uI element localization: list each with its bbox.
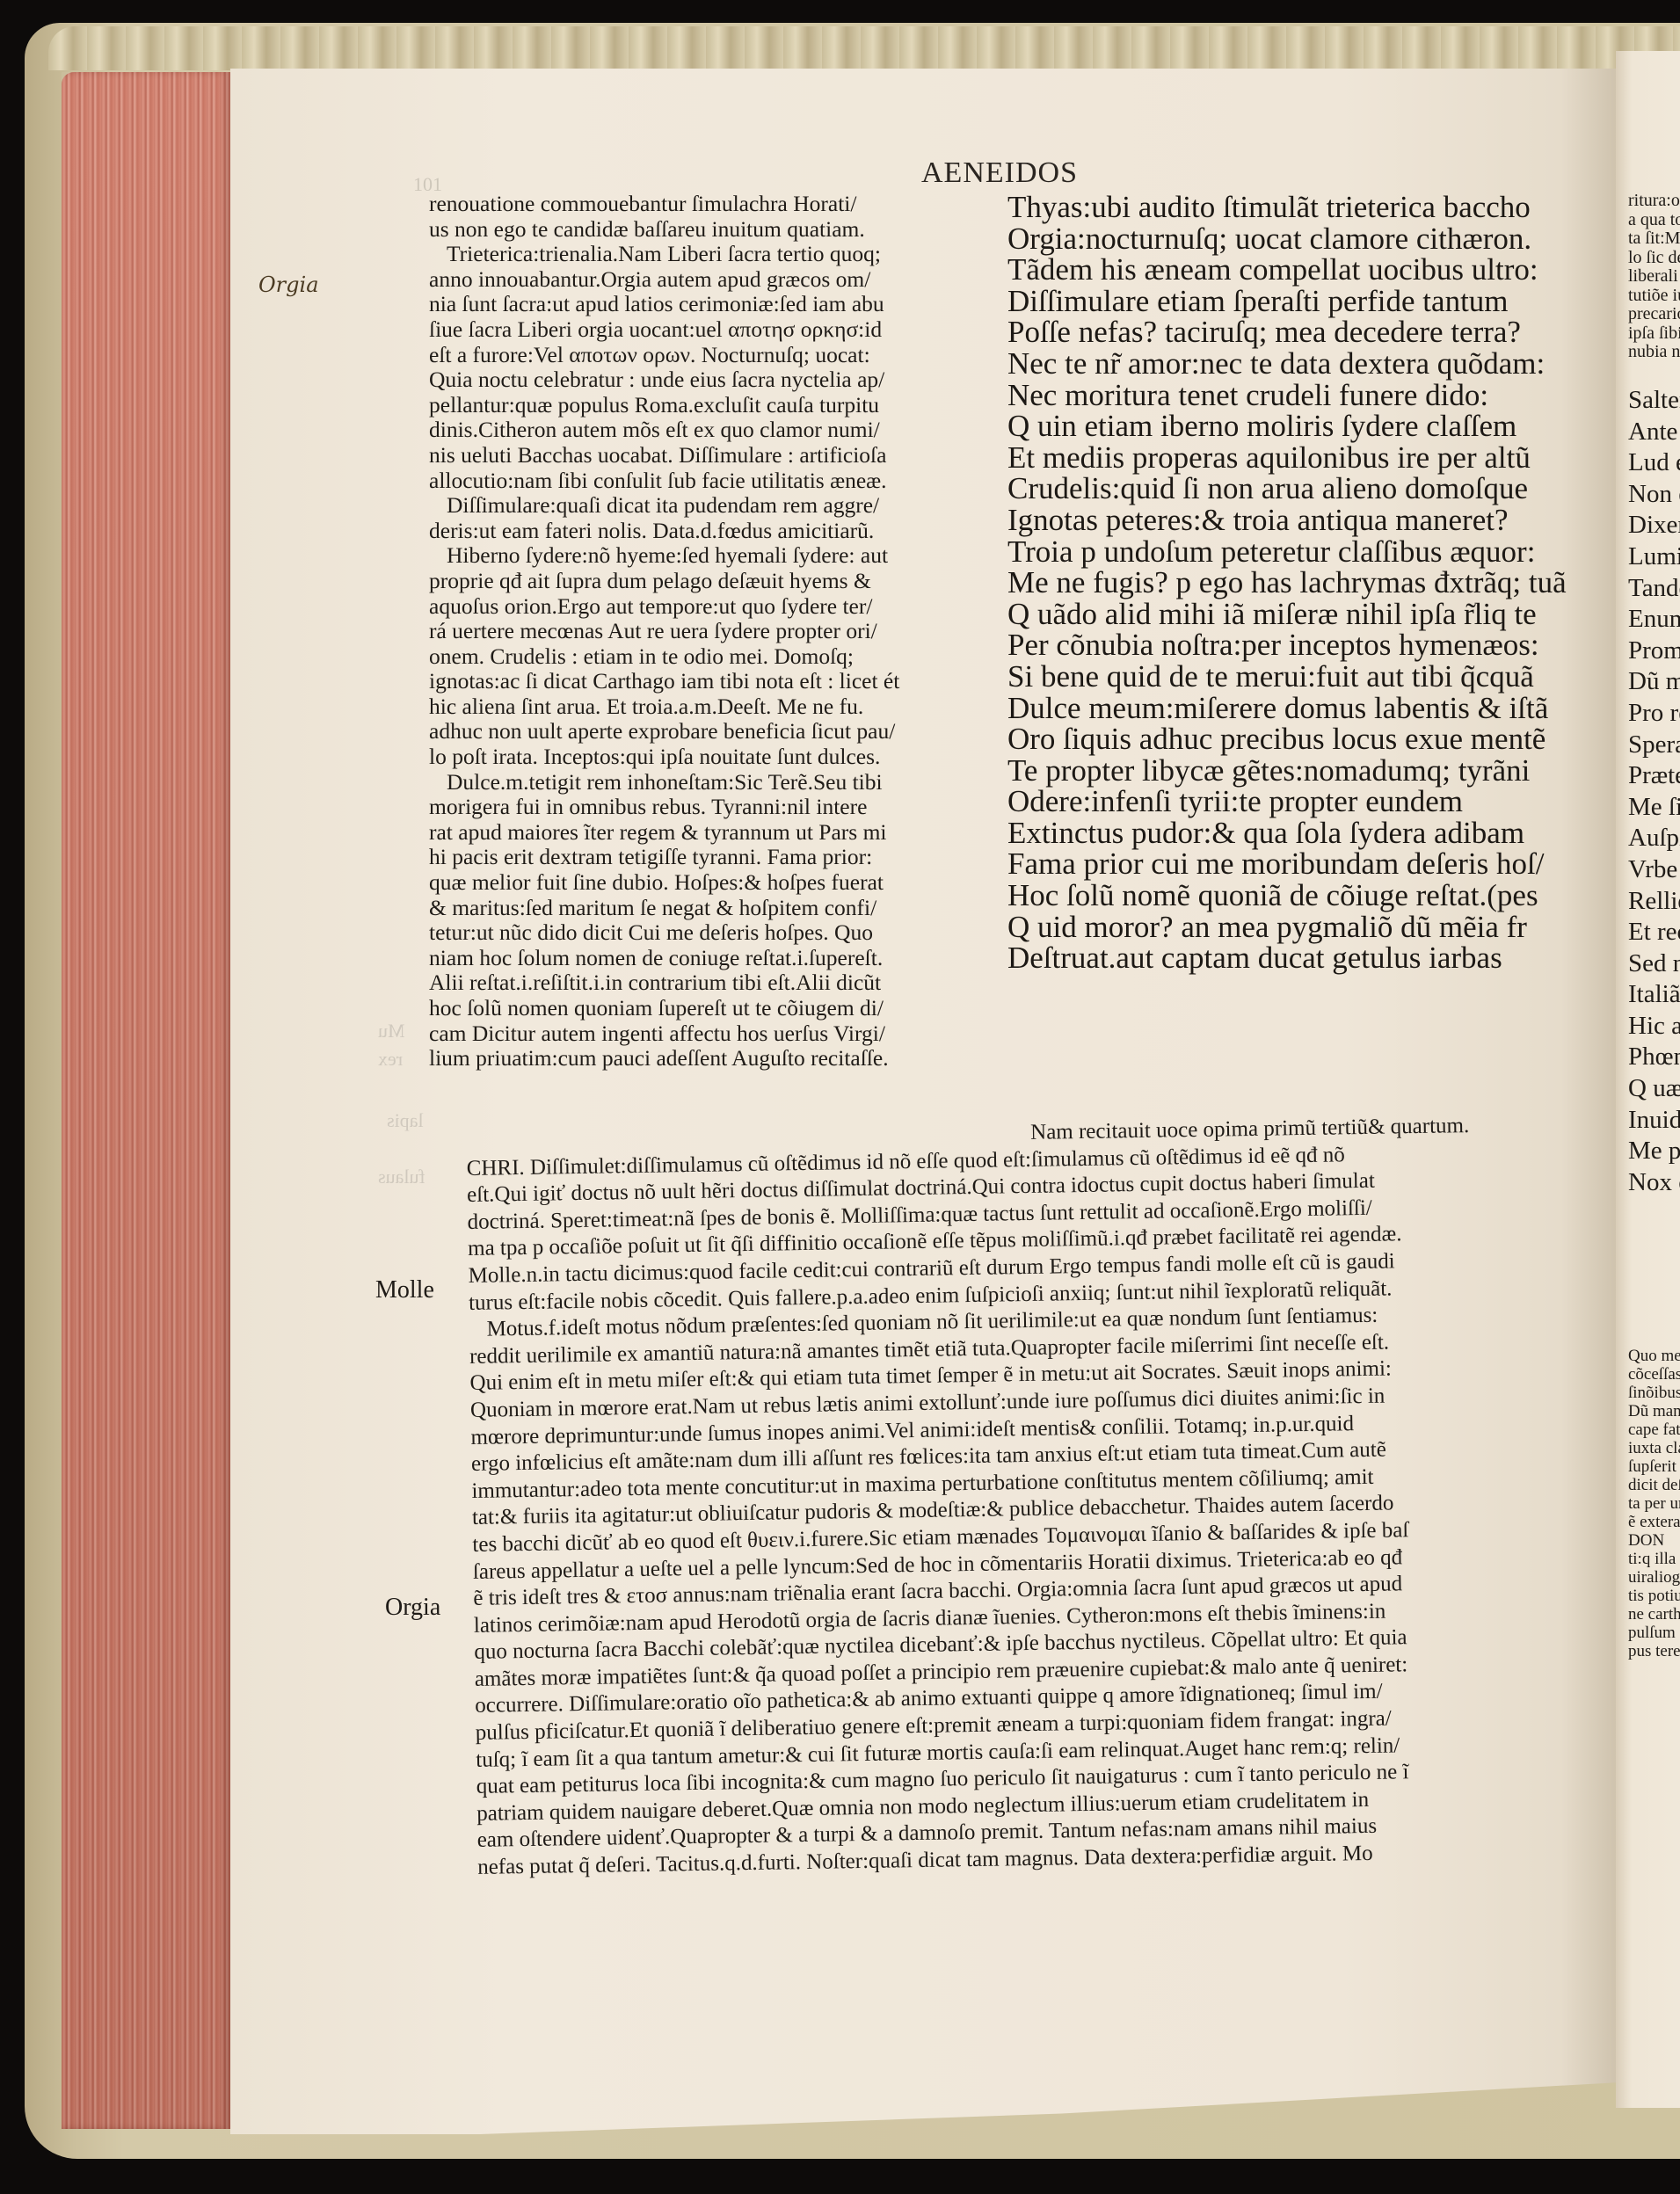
- verse-line: Hoc ſolũ nomẽ quoniã de cõiuge reſtat.(p…: [1007, 880, 1614, 912]
- fragment-line: DON: [1628, 1531, 1680, 1550]
- commentary-line: ignotas:ac ſi dicat Carthago iam tibi no…: [429, 669, 974, 694]
- fragment-line: Tandẽ: [1628, 573, 1680, 605]
- commentary-line: Trieterica:trienalia.Nam Liberi ſacra te…: [429, 242, 974, 267]
- fragment-line: pus tere: [1628, 1642, 1680, 1660]
- bleed-through-text: Mu: [378, 1020, 405, 1043]
- verse-line: Crudelis:quid ſi non arua alieno domoſqu…: [1007, 473, 1614, 505]
- fragment-line: Saltem: [1628, 385, 1680, 417]
- verse-line: Orgia:nocturnuſq; uocat clamore cithæron…: [1007, 223, 1614, 255]
- fragment-line: Sperau: [1628, 730, 1680, 761]
- handwritten-margin-note: Orgia: [258, 272, 319, 297]
- fragment-line: precario: [1628, 305, 1680, 324]
- verse-line: Et mediis properas aquilonibus ire per a…: [1007, 442, 1614, 474]
- fragment-line: ſinõibus: [1628, 1384, 1680, 1402]
- fragment-line: Ante fu: [1628, 417, 1680, 448]
- verse-line: Te propter libycæ gẽtes:nomadumq; tyrãni: [1007, 755, 1614, 787]
- commentary-line: proprie qđ ait ſupra dum pelago deſæuit …: [429, 569, 974, 594]
- verse-line: Oro ſiquis adhuc precibus locus exue men…: [1007, 723, 1614, 755]
- fragment-line: ipſa ſibi: [1628, 324, 1680, 344]
- verse-line: Ignotas peteres:& troia antiqua maneret?: [1007, 505, 1614, 536]
- verse-line: Dulce meum:miſerere domus labentis & iſt…: [1007, 693, 1614, 724]
- commentary-line: Hiberno ſydere:nõ hyeme:ſed hyemali ſyde…: [429, 543, 974, 569]
- commentary-line: hi pacis erit dextram tetigiſſe tyranni.…: [429, 845, 974, 870]
- fragment-line: Lumia: [1628, 541, 1680, 573]
- fragment-line: Me ſi f: [1628, 792, 1680, 824]
- fragment-line: ritura:o: [1628, 192, 1680, 211]
- margin-note-molle: Molle: [375, 1276, 434, 1304]
- commentary-line: niam hoc ſolum nomen de coniuge reſtat.i…: [429, 946, 974, 971]
- verse-line: Per cõnubia noſtra:per inceptos hymenæos…: [1007, 629, 1614, 661]
- facing-page-top-fragments: ritura:o a qua to ta ſit:M lo ſic de lib…: [1628, 192, 1680, 362]
- red-stained-page-edges: [62, 72, 230, 2129]
- fragment-line: nubia n: [1628, 343, 1680, 362]
- verse-line: Odere:infenſi tyrii:te propter eundem: [1007, 786, 1614, 817]
- verse-line: Q uin etiam iberno moliris ſydere claſſe…: [1007, 410, 1614, 442]
- fragment-line: Q uæ: [1628, 1073, 1680, 1105]
- fragment-line: Me pat: [1628, 1136, 1680, 1167]
- fragment-line: pulſum: [1628, 1624, 1680, 1642]
- fragment-line: ta ſit:M: [1628, 229, 1680, 249]
- verse-column: Thyas:ubi audito ſtimulãt trieterica bac…: [1007, 192, 1614, 974]
- commentary-line: anno innouabantur.Orgia autem apud græco…: [429, 267, 974, 293]
- fragment-line: Et recic: [1628, 917, 1680, 948]
- commentary-line: hoc ſolũ nomen quoniam ſupereſt ut te cõ…: [429, 996, 974, 1021]
- commentary-line: eſt a furore:Vel αποτων ορων. Nocturnuſq…: [429, 343, 974, 368]
- verse-line: Si bene quid de te merui:fuit aut tibi q…: [1007, 661, 1614, 693]
- commentary-line: quæ melior fuit ſine dubio. Hoſpes:& hoſ…: [429, 870, 974, 896]
- fragment-line: Auſpic: [1628, 823, 1680, 854]
- fragment-line: Dũ man: [1628, 1402, 1680, 1420]
- fragment-line: lo ſic de: [1628, 249, 1680, 268]
- commentary-column: renouatione commouebantur ſimulachra Hor…: [429, 192, 974, 1072]
- fragment-line: Italiã ly: [1628, 979, 1680, 1011]
- fragment-line: Promer: [1628, 636, 1680, 667]
- fragment-line: Lud ere: [1628, 447, 1680, 479]
- fragment-line: tis potiu: [1628, 1587, 1680, 1605]
- verse-line: Troia p undoſum peteretur claſſibus æquo…: [1007, 536, 1614, 568]
- verse-line: Thyas:ubi audito ſtimulãt trieterica bac…: [1007, 192, 1614, 223]
- commentary-line: lo poſt irata. Inceptos:qui ipſa nouitat…: [429, 745, 974, 770]
- fragment-line: Sed nu: [1628, 948, 1680, 980]
- fragment-line: Enume: [1628, 604, 1680, 636]
- commentary-line: ſiue ſacra Liberi orgia uocant:uel αποτη…: [429, 317, 974, 343]
- commentary-line: pellantur:quæ populus Roma.excluſit cauſ…: [429, 393, 974, 418]
- commentary-line: rat apud maiores ĩter regem & tyrannum u…: [429, 820, 974, 846]
- commentary-line: Alii reſtat.i.reſiſtit.i.in contrarium t…: [429, 970, 974, 996]
- commentary-line: nis ueluti Bacchas uocabat. Diſſimulare …: [429, 443, 974, 469]
- margin-note-orgia: Orgia: [385, 1594, 440, 1622]
- commentary-line: morigera fui in omnibus rebus. Tyranni:n…: [429, 795, 974, 820]
- commentary-line: deris:ut eam fateri nolis. Data.d.fœdus …: [429, 519, 974, 544]
- running-head: AENEIDOS: [921, 156, 1078, 190]
- commentary-line: onem. Crudelis : etiam in te odio mei. D…: [429, 644, 974, 670]
- commentary-line: Quia noctu celebratur : unde eius ſacra …: [429, 367, 974, 393]
- fragment-line: ſupſerit: [1628, 1457, 1680, 1476]
- verse-line: Deſtruat.aut captam ducat getulus iarbas: [1007, 942, 1614, 974]
- fragment-line: Pro rep: [1628, 698, 1680, 730]
- fragment-line: cõceſſas.: [1628, 1365, 1680, 1384]
- verse-line: Tãdem his æneam compellat uocibus ultro:: [1007, 254, 1614, 286]
- commentary-line: cam Dicitur autem ingenti affectu hos ue…: [429, 1021, 974, 1047]
- fragment-line: ta per un: [1628, 1494, 1680, 1513]
- fragment-line: ti:q illa: [1628, 1550, 1680, 1568]
- fragment-line: Præter: [1628, 760, 1680, 792]
- commentary-line: aquoſus orion.Ergo aut tempore:ut quo ſy…: [429, 594, 974, 620]
- verse-line: Q uãdo alid mihi iã miſeræ nihil ipſa r̃…: [1007, 599, 1614, 630]
- full-width-commentary: Nam recitauit uoce opima primũ tertiũ& q…: [466, 1111, 1620, 1882]
- bleed-through-text: fulaus: [378, 1166, 425, 1188]
- fragment-line: cape fato: [1628, 1420, 1680, 1439]
- fragment-line: ne carth: [1628, 1605, 1680, 1624]
- fragment-line: uiraliog: [1628, 1568, 1680, 1587]
- verse-line: Nec te nr̃ amor:nec te data dextera quõd…: [1007, 348, 1614, 380]
- verse-line: Me ne fugis? p ego has lachrymas đxtrãq;…: [1007, 567, 1614, 599]
- fragment-line: Nox op: [1628, 1167, 1680, 1199]
- fragment-line: liberali ſ: [1628, 267, 1680, 287]
- bleed-through-text: lapis: [387, 1109, 424, 1132]
- verse-line: Fama prior cui me moribundam deſeris hoſ…: [1007, 848, 1614, 880]
- commentary-line: adhuc non uult aperte exprobare benefici…: [429, 719, 974, 745]
- fragment-line: iuxta cla: [1628, 1439, 1680, 1457]
- facing-page-verse-fragments: Saltem Ante fu Lud ere Non ec Dixera Lum…: [1628, 385, 1680, 1198]
- bleed-through-text: rex: [378, 1048, 403, 1071]
- fragment-line: Dixera: [1628, 510, 1680, 541]
- binding-top-edge: [48, 26, 1680, 70]
- commentary-line: & maritus:ſed maritum ſe negat & hoſpite…: [429, 896, 974, 921]
- verse-line: Q uid moror? an mea pygmaliõ dũ mẽia fr: [1007, 912, 1614, 943]
- fragment-line: Inuidia: [1628, 1105, 1680, 1137]
- fragment-line: ẽ extera: [1628, 1513, 1680, 1531]
- commentary-line: lium priuatim:cum pauci adeſſent Auguſto…: [429, 1046, 974, 1072]
- commentary-line: Diſſimulare:quaſi dicat ita pudendam rem…: [429, 493, 974, 519]
- fragment-line: Vrbe n: [1628, 854, 1680, 886]
- commentary-line: rá uertere mecœnas Aut re uera ſydere pr…: [429, 619, 974, 644]
- commentary-line: Dulce.m.tetigit rem inhoneſtam:Sic Terẽ.…: [429, 770, 974, 796]
- fragment-line: dicit deſ: [1628, 1476, 1680, 1494]
- fragment-line: Dũ me: [1628, 666, 1680, 698]
- fragment-line: Hic am: [1628, 1011, 1680, 1043]
- verse-line: Extinctus pudor:& qua ſola ſydera adibam: [1007, 817, 1614, 849]
- commentary-line: renouatione commouebantur ſimulachra Hor…: [429, 192, 974, 217]
- verse-line: Diſſimulare etiam ſperaſti perfide tantu…: [1007, 286, 1614, 317]
- verse-line: Nec moritura tenet crudeli funere dido:: [1007, 380, 1614, 411]
- fragment-line: Relliq: [1628, 886, 1680, 918]
- fragment-line: Non ec: [1628, 479, 1680, 511]
- commentary-line: dinis.Citheron autem mõs eſt ex quo clam…: [429, 418, 974, 443]
- commentary-line: tetur:ut nũc dido dicit Cui me deſeris h…: [429, 920, 974, 946]
- commentary-line: hic aliena ſint arua. Et troia.a.m.Deeſt…: [429, 694, 974, 720]
- fragment-line: Quo me: [1628, 1347, 1680, 1365]
- commentary-line: nia ſunt ſacra:ut apud latios cerimoniæ:…: [429, 292, 974, 317]
- facing-page-bottom-fragments: Quo me cõceſſas. ſinõibus Dũ man cape fa…: [1628, 1347, 1680, 1660]
- commentary-line: allocutio:nam ſibi conſulit ſub facie ut…: [429, 469, 974, 494]
- fragment-line: a qua to: [1628, 211, 1680, 230]
- fragment-line: tutiõe iu: [1628, 287, 1680, 306]
- commentary-line: us non ego te candidæ baſſareu inuitum q…: [429, 217, 974, 243]
- fragment-line: Phœni: [1628, 1042, 1680, 1073]
- verse-line: Poſſe nefas? taciruſq; mea decedere terr…: [1007, 316, 1614, 348]
